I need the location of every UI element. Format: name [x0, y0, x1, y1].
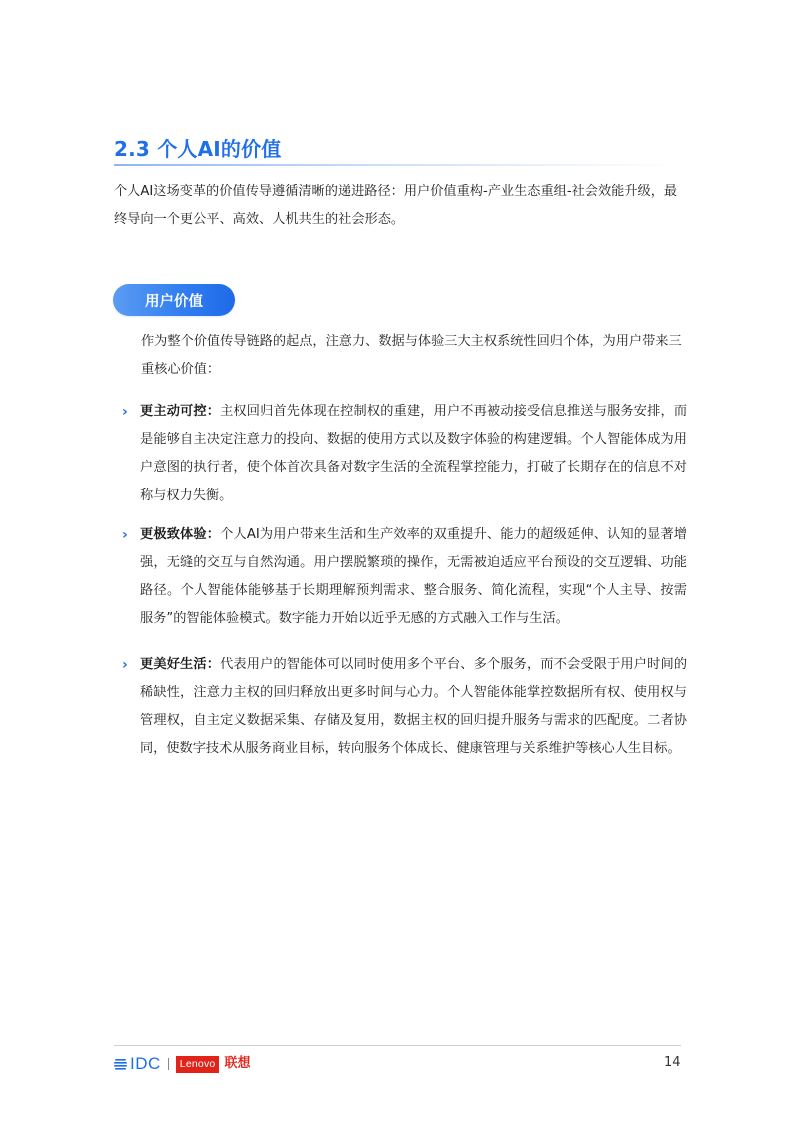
bullet-label: 更主动可控： — [140, 404, 220, 419]
chevron-right-icon: › — [122, 651, 134, 679]
chevron-right-icon: › — [122, 521, 134, 549]
bullet-item: › 更极致体验：个人AI为用户带来生活和生产效率的双重提升、能力的超级延伸、认知… — [122, 521, 687, 633]
bullet-body: 主权回归首先体现在控制权的重建，用户不再被动接受信息推送与服务安排，而是能够自主… — [140, 404, 687, 503]
subsection-pill-text: 用户价值 — [145, 290, 203, 311]
bullet-body: 个人AI为用户带来生活和生产效率的双重提升、能力的超级延伸、认知的显著增强，无缝… — [140, 527, 687, 626]
lenovo-chinese-logo: 联想 — [224, 1056, 250, 1072]
bullet-label: 更美好生活： — [140, 657, 220, 672]
section-intro-paragraph: 个人AI这场变革的价值传导遵循清晰的递进路径：用户价值重构-产业生态重组-社会效… — [114, 178, 684, 234]
bullet-text: 更美好生活：代表用户的智能体可以同时使用多个平台、多个服务，而不会受限于用户时间… — [140, 651, 687, 763]
subsection-pill-label: 用户价值 — [113, 284, 235, 316]
bullet-body: 代表用户的智能体可以同时使用多个平台、多个服务，而不会受限于用户时间的稀缺性，注… — [140, 657, 687, 756]
chevron-right-icon: › — [122, 398, 134, 426]
idc-logo-text: IDC — [130, 1055, 161, 1073]
idc-globe-icon — [114, 1057, 128, 1071]
section-title: 2.3 个人AI的价值 — [114, 133, 282, 162]
bullet-item: › 更主动可控：主权回归首先体现在控制权的重建，用户不再被动接受信息推送与服务安… — [122, 398, 687, 510]
bullet-text: 更主动可控：主权回归首先体现在控制权的重建，用户不再被动接受信息推送与服务安排，… — [140, 398, 687, 510]
footer-divider — [114, 1045, 681, 1046]
document-page: 2.3 个人AI的价值 个人AI这场变革的价值传导遵循清晰的递进路径：用户价值重… — [0, 0, 794, 1123]
lenovo-logo: Lenovo — [176, 1056, 220, 1073]
logo-divider — [168, 1058, 169, 1070]
subsection-lead-paragraph: 作为整个价值传导链路的起点，注意力、数据与体验三大主权系统性回归个体，为用户带来… — [141, 328, 686, 384]
bullet-label: 更极致体验： — [140, 527, 220, 542]
title-underline — [114, 164, 681, 166]
footer-logos: IDC Lenovo 联想 — [114, 1054, 250, 1074]
idc-logo: IDC — [114, 1055, 161, 1073]
bullet-item: › 更美好生活：代表用户的智能体可以同时使用多个平台、多个服务，而不会受限于用户… — [122, 651, 687, 763]
page-number: 14 — [664, 1055, 681, 1070]
bullet-text: 更极致体验：个人AI为用户带来生活和生产效率的双重提升、能力的超级延伸、认知的显… — [140, 521, 687, 633]
